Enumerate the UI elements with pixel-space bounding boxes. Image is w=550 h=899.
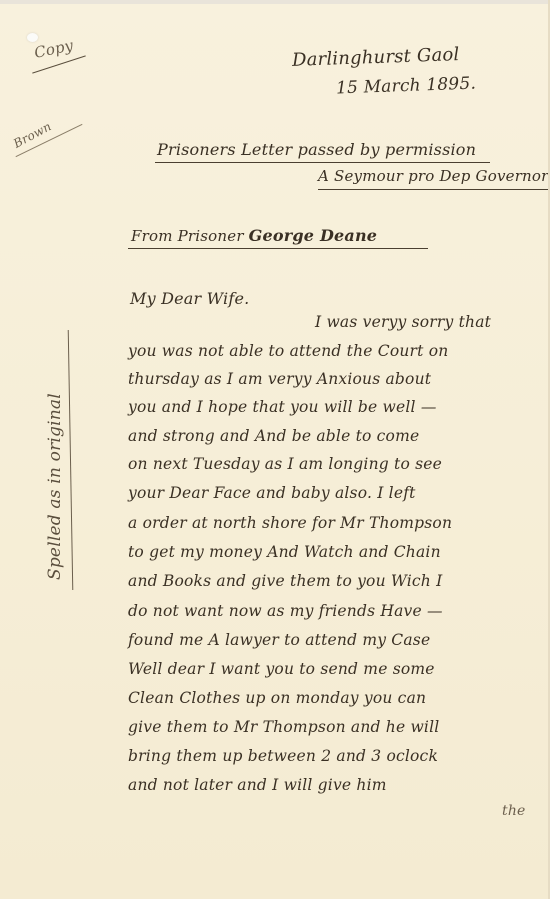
body-line: on next Tuesday as I am longing to see <box>128 455 442 473</box>
body-line: thursday as I am veryy Anxious about <box>128 370 431 388</box>
body-line: you was not able to attend the Court on <box>128 342 448 360</box>
body-line: bring them up between 2 and 3 oclock <box>128 747 438 765</box>
margin-annotation: Spelled as in original <box>45 393 65 580</box>
punch-hole <box>27 33 38 42</box>
catchword: the <box>502 803 526 819</box>
governor-signature: A Seymour pro Dep Governor <box>318 167 549 185</box>
from-prefix: From Prisoner <box>131 227 244 245</box>
gaol-location: Darlinghurst Gaol <box>292 44 460 71</box>
body-line: do not want now as my friends Have — <box>128 602 443 620</box>
copy-annotation: Copy <box>33 36 75 62</box>
body-line: I was veryy sorry that <box>315 313 491 331</box>
body-line: found me A lawyer to attend my Case <box>128 631 430 649</box>
body-line: Well dear I want you to send me some <box>128 660 435 678</box>
body-line: Clean Clothes up on monday you can <box>128 689 426 707</box>
body-line: and Books and give them to you Wich I <box>128 572 442 590</box>
prisoner-name: George Deane <box>249 226 378 245</box>
from-line: From Prisoner George Deane <box>131 226 377 245</box>
body-line: and strong and And be able to come <box>128 427 419 445</box>
permission-line: Prisoners Letter passed by permission <box>157 140 476 159</box>
body-line: give them to Mr Thompson and he will <box>128 718 439 736</box>
permission-underline <box>155 162 490 163</box>
body-line: your Dear Face and baby also. I left <box>128 484 416 502</box>
body-line: you and I hope that you will be well — <box>128 398 437 416</box>
from-underline <box>128 248 428 249</box>
salutation: My Dear Wife. <box>130 289 249 308</box>
body-line: to get my money And Watch and Chain <box>128 543 441 561</box>
governor-underline <box>318 189 548 190</box>
letter-page: Copy Brown Darlinghurst Gaol 15 March 18… <box>0 0 550 899</box>
letter-date: 15 March 1895. <box>336 74 477 99</box>
body-line: and not later and I will give him <box>128 776 387 794</box>
body-line: a order at north shore for Mr Thompson <box>128 514 452 532</box>
margin-rule <box>68 330 74 590</box>
initial-annotation: Brown <box>11 119 54 151</box>
